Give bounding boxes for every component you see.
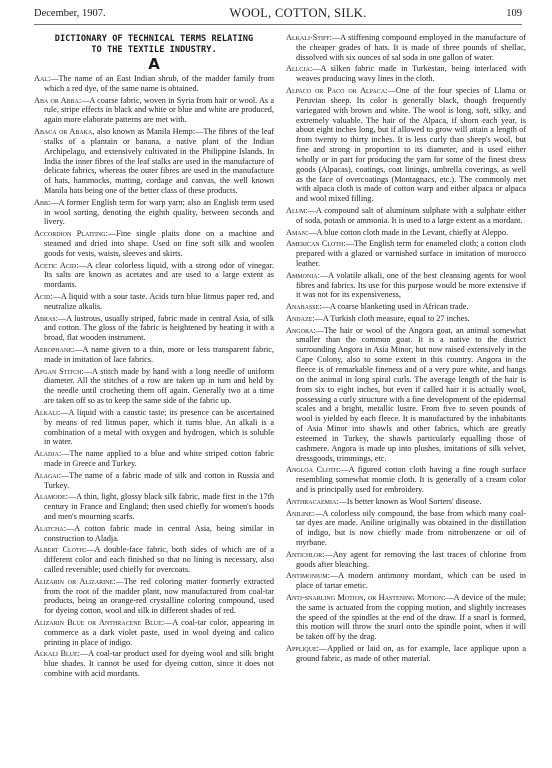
entry-definition: :—Is better known as Wool Sorters' disea…	[336, 497, 481, 506]
entry-term: Aladja	[34, 449, 59, 458]
entry-term: Abb	[34, 198, 48, 207]
entry-term: Alizarin Blue or Anthracene Blue	[34, 618, 162, 627]
dictionary-entry: Alkali-Stiff:—A stiffening compound empl…	[286, 33, 526, 63]
dictionary-entry: Ammonia:—A volatile alkali, one of the b…	[286, 271, 526, 301]
journal-title: WOOL, COTTON, SILK.	[34, 6, 522, 21]
entry-term: Allcja	[286, 64, 310, 73]
entry-term: Antichlor	[286, 550, 322, 559]
dictionary-entry: Angora:—The hair or wool of the Angora g…	[286, 326, 526, 464]
article-title-line-1: DICTIONARY OF TECHNICAL TERMS RELATING	[34, 34, 274, 45]
entry-definition: :—A modern antimony mordant, which can b…	[296, 571, 526, 590]
entry-definition: :—A lustrous, usually striped, fabric ma…	[44, 314, 274, 343]
entry-definition: :—A compound salt of aluminum sulphate w…	[296, 206, 526, 225]
dictionary-entry: Aladja:—The name applied to a blue and w…	[34, 449, 274, 469]
dictionary-entry: Alatcha:—A cotton fabric made in central…	[34, 524, 274, 544]
entry-term: Abras	[34, 314, 56, 323]
entry-definition: :—A clear colorless liquid, with a stron…	[44, 261, 274, 290]
entry-definition: :—A coal-tar product used for dyeing woo…	[44, 649, 274, 678]
dictionary-entry: Angloa Cloth:—A figured cotton cloth hav…	[286, 465, 526, 495]
entry-definition: :—One of the four species of Llama or Pe…	[296, 86, 526, 203]
entry-term: Antimonium	[286, 571, 328, 580]
running-header: December, 1907. WOOL, COTTON, SILK. 109	[34, 6, 522, 24]
dictionary-entry: Alpaco or Paco or Alpaca:—One of the fou…	[286, 86, 526, 204]
dictionary-entry: Allcja:—A silken fabric made in Turkesta…	[286, 64, 526, 84]
right-column: Alkali-Stiff:—A stiffening compound empl…	[286, 33, 526, 666]
dictionary-entry: Andaze:—A Turkish cloth measure, equal t…	[286, 314, 526, 324]
dictionary-entry: Antimonium:—A modern antimony mordant, w…	[286, 571, 526, 591]
entry-term: Aba or Abba	[34, 96, 79, 105]
entry-definition: , also known as Manila Hemp:—The fibres …	[44, 127, 274, 195]
entry-term: Abaca or Abaka	[34, 127, 92, 136]
entry-term: Aerophane	[34, 345, 72, 354]
dictionary-entry: Applique:—Applied or laid on, as for exa…	[286, 644, 526, 664]
entry-term: Applique	[286, 644, 317, 653]
section-letter: A	[34, 57, 274, 71]
entry-definition: :—The hair or wool of the Angora goat, a…	[296, 326, 526, 463]
dictionary-entry: Accordion Plaiting:—Fine single plaits d…	[34, 229, 274, 259]
dictionary-entry: Alizarin Blue or Anthracene Blue:—A coal…	[34, 618, 274, 648]
entry-definition: :—The name applied to a blue and white s…	[44, 449, 274, 468]
entry-term: Alkali Blue	[34, 649, 78, 658]
entry-definition: :—The name of an East Indian shrub, of t…	[44, 74, 274, 93]
dictionary-entry: Acid:—A liquid with a sour taste. Acids …	[34, 292, 274, 312]
entry-term: Alkali-Stiff	[286, 33, 330, 42]
entry-term: Andaze	[286, 314, 312, 323]
entry-term: Ammonia	[286, 271, 318, 280]
entry-definition: :—A liquid with a sour taste. Acids turn…	[44, 292, 274, 311]
dictionary-entry: Anabasse:—A coarse blanketing used in Af…	[286, 302, 526, 312]
page-number: 109	[506, 8, 522, 19]
article-title: DICTIONARY OF TECHNICAL TERMS RELATING T…	[34, 34, 274, 56]
entry-term: Albert Cloth	[34, 545, 84, 554]
entry-term: Afgan Stitch	[34, 367, 81, 376]
entry-definition: :—A colorless oily compound, the base fr…	[296, 509, 526, 548]
entry-definition: :—A coarse blanketing used in African tr…	[319, 302, 468, 311]
entry-term: Acid	[34, 292, 50, 301]
dictionary-entry: Anthracaemia:—Is better known as Wool So…	[286, 497, 526, 507]
dictionary-entry: Abaca or Abaka, also known as Manila Hem…	[34, 127, 274, 196]
entry-definition: :—A coarse fabric, woven in Syria from h…	[44, 96, 274, 125]
entry-definition: :—A volatile alkali, one of the best cle…	[296, 271, 526, 300]
header-rule	[34, 24, 522, 25]
entry-definition: :—A blue cotton cloth made in the Levant…	[306, 228, 508, 237]
dictionary-entry: Albert Cloth:—A double-face fabric, both…	[34, 545, 274, 575]
entry-definition: :—Applied or laid on, as for example, la…	[296, 644, 526, 663]
entry-definition: :—A silken fabric made in Turkestan, bei…	[296, 64, 526, 83]
dictionary-entry: Aba or Abba:—A coarse fabric, woven in S…	[34, 96, 274, 126]
dictionary-entry: Aal:—The name of an East Indian shrub, o…	[34, 74, 274, 94]
entry-term: Alum	[286, 206, 305, 215]
dictionary-entry: Aerophane:—A name given to a thin, more …	[34, 345, 274, 365]
entry-definition: :—A stiffening compound employed in the …	[296, 33, 526, 62]
entry-term: Anabasse	[286, 302, 319, 311]
entry-definition: :—A cotton fabric made in central Asia, …	[44, 524, 274, 543]
dictionary-entry: Alkali Blue:—A coal-tar product used for…	[34, 649, 274, 679]
dictionary-entry: Alizarin or Alizarine:—The red coloring …	[34, 577, 274, 616]
entry-term: Anti-snarling Motion, or Hastening Motio…	[286, 593, 443, 602]
entry-term: Alizarin or Alizarine	[34, 577, 113, 586]
dictionary-entry: Anti-snarling Motion, or Hastening Motio…	[286, 593, 526, 642]
entry-term: Angora	[286, 326, 313, 335]
entry-definition: :—A former English term for warp yarn; a…	[44, 198, 274, 227]
dictionary-entry: Aman:—A blue cotton cloth made in the Le…	[286, 228, 526, 238]
entry-term: Alagai	[34, 471, 59, 480]
dictionary-entry: Alum:—A compound salt of aluminum sulpha…	[286, 206, 526, 226]
dictionary-entry: Afgan Stitch:—A stitch made by hand with…	[34, 367, 274, 406]
dictionary-entry: Abras:—A lustrous, usually striped, fabr…	[34, 314, 274, 344]
entry-term: Aal	[34, 74, 48, 83]
dictionary-entry: American Cloth:—The English term for ena…	[286, 239, 526, 269]
dictionary-entry: Aniline:—A colorless oily compound, the …	[286, 509, 526, 548]
entry-term: Accordion Plaiting	[34, 229, 106, 238]
entry-term: Alkali	[34, 408, 58, 417]
dictionary-entry: Alamode:—A thin, light, glossy black sil…	[34, 492, 274, 522]
right-entries-list: Alkali-Stiff:—A stiffening compound empl…	[286, 33, 526, 664]
entry-definition: :—Any agent for removing the last traces…	[296, 550, 526, 569]
dictionary-entry: Acetic Acid:—A clear colorless liquid, w…	[34, 261, 274, 291]
entry-definition: :—A thin, light, glossy black silk fabri…	[44, 492, 274, 521]
entry-term: Aniline	[286, 509, 312, 518]
dictionary-entry: Alagai:—The name of a fabric made of sil…	[34, 471, 274, 491]
entry-term: Alatcha	[34, 524, 64, 533]
dictionary-entry: Abb:—A former English term for warp yarn…	[34, 198, 274, 228]
entry-term: Angloa Cloth	[286, 465, 338, 474]
entry-definition: :—The name of a fabric made of silk and …	[44, 471, 274, 490]
left-column: DICTIONARY OF TECHNICAL TERMS RELATING T…	[34, 34, 274, 681]
left-entries-list: Aal:—The name of an East Indian shrub, o…	[34, 74, 274, 679]
dictionary-entry: Antichlor:—Any agent for removing the la…	[286, 550, 526, 570]
entry-term: Aman	[286, 228, 306, 237]
entry-definition: :—A liquid with a caustic taste; its pre…	[44, 408, 274, 447]
dictionary-entry: Alkali:—A liquid with a caustic taste; i…	[34, 408, 274, 447]
entry-definition: :—A name given to a thin, more or less t…	[44, 345, 274, 364]
entry-term: Anthracaemia	[286, 497, 336, 506]
entry-term: Alamode	[34, 492, 66, 501]
entry-term: American Cloth	[286, 239, 343, 248]
entry-term: Alpaco or Paco or Alpaca	[286, 86, 385, 95]
entry-term: Acetic Acid	[34, 261, 76, 270]
entry-definition: :—A Turkish cloth measure, equal to 27 i…	[312, 314, 469, 323]
